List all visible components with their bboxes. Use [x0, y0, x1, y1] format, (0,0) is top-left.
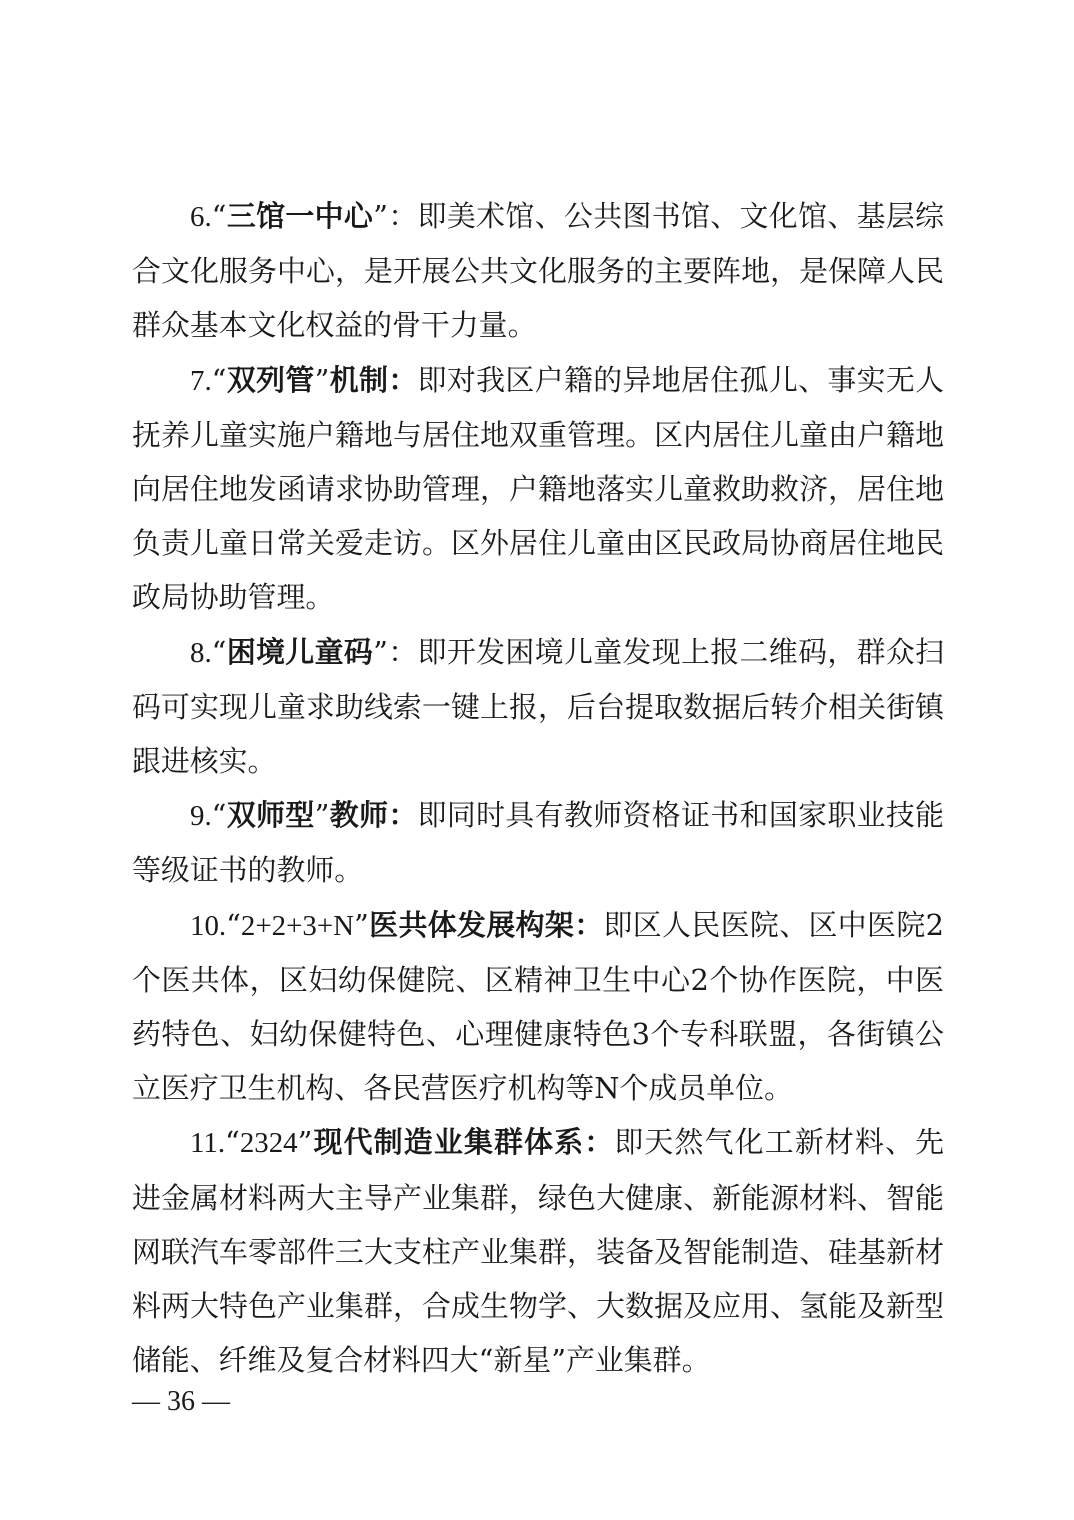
- page-number: — 36 —: [132, 1382, 230, 1422]
- term-code: 2324: [240, 1127, 298, 1159]
- separator: ：: [388, 365, 417, 397]
- quote-open: “: [226, 908, 241, 942]
- quote-open: “: [212, 199, 227, 233]
- quote-close: ”: [315, 363, 330, 397]
- separator: ：: [388, 800, 417, 832]
- quote-close: ”: [354, 908, 369, 942]
- term-code: 2+2+3+N: [241, 910, 354, 942]
- item-number: 11.: [190, 1127, 225, 1159]
- quote-open: “: [212, 798, 227, 832]
- quote-close: ”: [315, 798, 330, 832]
- separator: ：: [584, 1127, 614, 1159]
- item-number: 8.: [190, 637, 212, 669]
- quote-close: ”: [373, 635, 388, 669]
- paragraph-6: 6.“三馆一中心”：即美术馆、公共图书馆、文化馆、基层综合文化服务中心，是开展公…: [132, 189, 944, 353]
- term-heading: 双师型: [226, 800, 314, 832]
- item-number: 9.: [190, 800, 212, 832]
- term-suffix: 现代制造业集群体系: [312, 1127, 584, 1159]
- quote-open: “: [212, 363, 227, 397]
- paragraph-9: 9.“双师型”教师：即同时具有教师资格证书和国家职业技能等级证书的教师。: [132, 788, 944, 897]
- document-body: 6.“三馆一中心”：即美术馆、公共图书馆、文化馆、基层综合文化服务中心，是开展公…: [132, 189, 944, 1387]
- item-number: 6.: [190, 201, 212, 233]
- term-heading: 双列管: [226, 365, 314, 397]
- quote-open: “: [225, 1125, 240, 1159]
- item-number: 10.: [190, 910, 226, 942]
- paragraph-11: 11.“2324”现代制造业集群体系：即天然气化工新材料、先进金属材料两大主导产…: [132, 1115, 944, 1387]
- quote-close: ”: [373, 199, 388, 233]
- separator: ：: [388, 199, 418, 233]
- paragraph-7: 7.“双列管”机制：即对我区户籍的异地居住孤儿、事实无人抚养儿童实施户籍地与居住…: [132, 353, 944, 625]
- term-suffix: 医共体发展构架: [369, 910, 574, 942]
- separator: ：: [388, 635, 418, 669]
- term-heading: 三馆一中心: [226, 201, 373, 233]
- term-heading: 困境儿童码: [226, 637, 373, 669]
- paragraph-body: 即天然气化工新材料、先进金属材料两大主导产业集群，绿色大健康、新能源材料、智能网…: [132, 1125, 944, 1377]
- quote-close: ”: [298, 1125, 313, 1159]
- term-suffix: 教师: [329, 800, 388, 832]
- item-number: 7.: [190, 365, 212, 397]
- separator: ：: [574, 910, 603, 942]
- paragraph-body: 即对我区户籍的异地居住孤儿、事实无人抚养儿童实施户籍地与居住地双重管理。区内居住…: [132, 363, 944, 615]
- paragraph-10: 10.“2+2+3+N”医共体发展构架：即区人民医院、区中医院2个医共体，区妇幼…: [132, 898, 944, 1116]
- paragraph-8: 8.“困境儿童码”：即开发困境儿童发现上报二维码，群众扫码可实现儿童求助线索一键…: [132, 625, 944, 789]
- term-suffix: 机制: [329, 365, 388, 397]
- quote-open: “: [212, 635, 227, 669]
